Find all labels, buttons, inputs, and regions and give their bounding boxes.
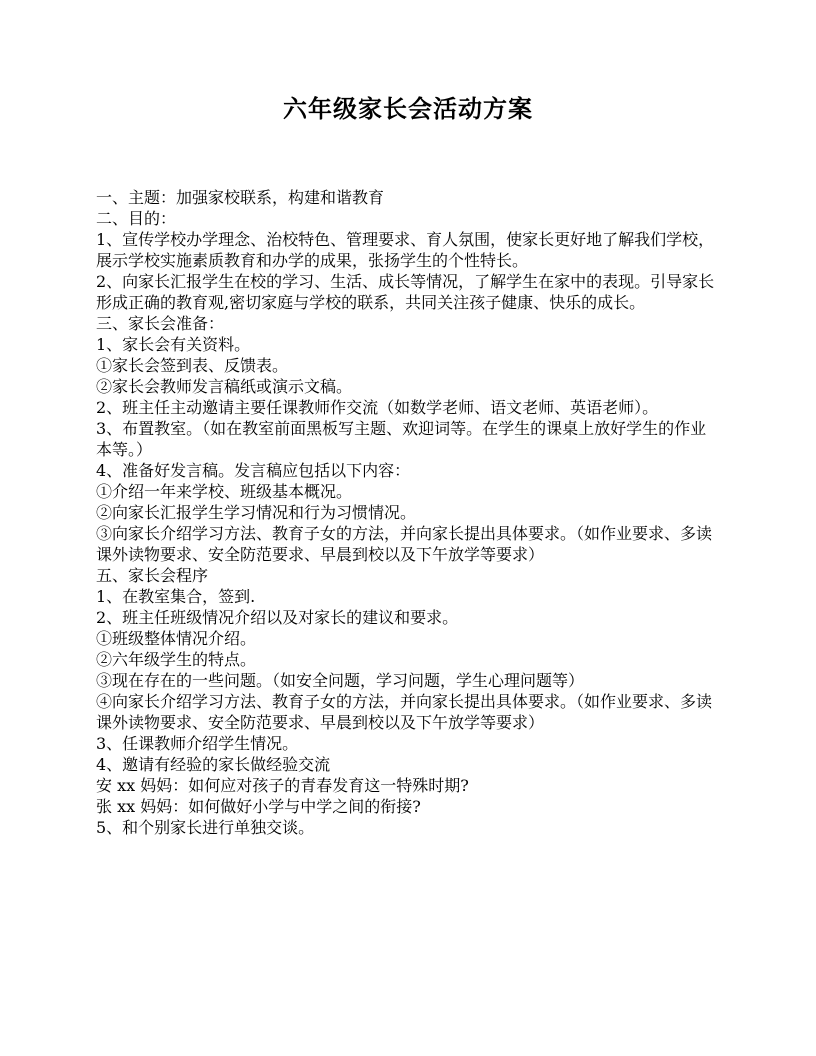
- document-body: 一、主题：加强家校联系，构建和谐教育二、目的：1、宣传学校办学理念、治校特色、管…: [96, 187, 736, 838]
- text-line: 二、目的：: [96, 208, 736, 229]
- text-line: 课外读物要求、安全防范要求、早晨到校以及下午放学等要求）: [96, 544, 736, 565]
- text-line: 2、向家长汇报学生在校的学习、生活、成长等情况，了解学生在家中的表现。引导家长: [96, 271, 736, 292]
- text-line: 4、准备好发言稿。发言稿应包括以下内容：: [96, 460, 736, 481]
- text-line: 张 xx 妈妈：如何做好小学与中学之间的衔接?: [96, 796, 736, 817]
- text-line: 3、任课教师介绍学生情况。: [96, 733, 736, 754]
- text-line: 展示学校实施素质教育和办学的成果，张扬学生的个性特长。: [96, 250, 736, 271]
- text-line: 4、邀请有经验的家长做经验交流: [96, 754, 736, 775]
- text-line: ③向家长介绍学习方法、教育子女的方法，并向家长提出具体要求。（如作业要求、多读: [96, 523, 736, 544]
- text-line: 五、家长会程序: [96, 565, 736, 586]
- text-line: ①家长会签到表、反馈表。: [96, 355, 736, 376]
- text-line: ①介绍一年来学校、班级基本概况。: [96, 481, 736, 502]
- text-line: 本等。）: [96, 439, 736, 460]
- text-line: ①班级整体情况介绍。: [96, 628, 736, 649]
- text-line: ②家长会教师发言稿纸或演示文稿。: [96, 376, 736, 397]
- text-line: 课外读物要求、安全防范要求、早晨到校以及下午放学等要求）: [96, 712, 736, 733]
- text-line: 1、家长会有关资料。: [96, 334, 736, 355]
- document-title: 六年级家长会活动方案: [0, 94, 816, 124]
- text-line: 一、主题：加强家校联系，构建和谐教育: [96, 187, 736, 208]
- text-line: 3、布置教室。（如在教室前面黑板写主题、欢迎词等。在学生的课桌上放好学生的作业: [96, 418, 736, 439]
- text-line: 三、家长会准备：: [96, 313, 736, 334]
- text-line: ②六年级学生的特点。: [96, 649, 736, 670]
- text-line: 安 xx 妈妈：如何应对孩子的青春发育这一特殊时期?: [96, 775, 736, 796]
- text-line: ④向家长介绍学习方法、教育子女的方法，并向家长提出具体要求。（如作业要求、多读: [96, 691, 736, 712]
- text-line: 5、和个别家长进行单独交谈。: [96, 817, 736, 838]
- text-line: 形成正确的教育观,密切家庭与学校的联系，共同关注孩子健康、快乐的成长。: [96, 292, 736, 313]
- text-line: 1、在教室集合，签到.: [96, 586, 736, 607]
- text-line: 2、班主任主动邀请主要任课教师作交流（如数学老师、语文老师、英语老师）。: [96, 397, 736, 418]
- text-line: 1、宣传学校办学理念、治校特色、管理要求、育人氛围，使家长更好地了解我们学校，: [96, 229, 736, 250]
- document-page: 六年级家长会活动方案 一、主题：加强家校联系，构建和谐教育二、目的：1、宣传学校…: [0, 0, 816, 1056]
- text-line: 2、班主任班级情况介绍以及对家长的建议和要求。: [96, 607, 736, 628]
- text-line: ②向家长汇报学生学习情况和行为习惯情况。: [96, 502, 736, 523]
- text-line: ③现在存在的一些问题。（如安全问题，学习问题，学生心理问题等）: [96, 670, 736, 691]
